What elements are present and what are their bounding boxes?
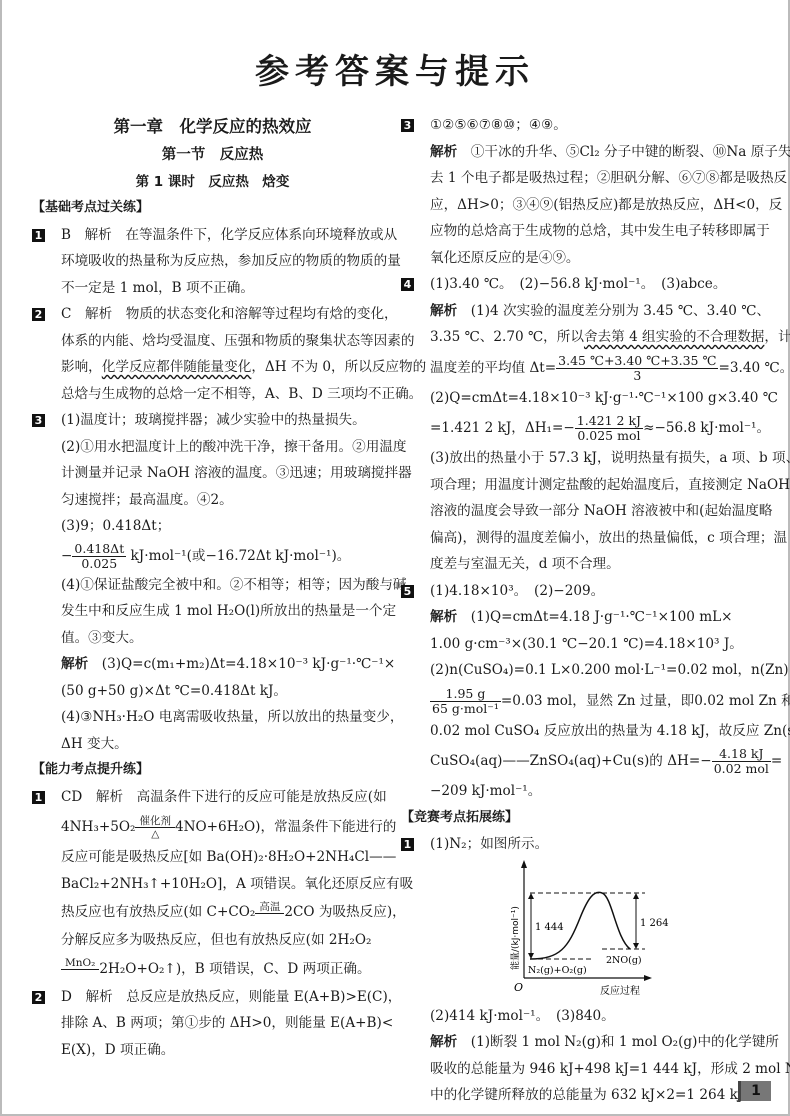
equation-line: 4NH₃+5O₂催化剂△4NO+6H₂O)，常温条件下能进行的: [61, 810, 381, 844]
text-span: (1)4 次实验的温度差分别为 3.45 ℃、3.40 ℃、: [457, 303, 770, 319]
ability-item-2: 2 D 解析 总反应是放热反应，则能量 E(A+B)>E(C)， 排除 A、B …: [44, 984, 381, 1064]
product-label: 2NO(g): [606, 955, 642, 966]
text-span: −: [61, 548, 72, 564]
arrow-up-icon: [521, 860, 527, 868]
text-line: 应，ΔH>0；③④⑨(铝热反应)都是放热反应，ΔH<0，反: [430, 192, 751, 219]
text-line: 1.00 g·cm⁻³×(30.1 ℃−20.1 ℃)=4.18×10³ J。: [430, 631, 751, 658]
text-line: (2)n(CuSO₄)=0.1 L×0.200 mol·L⁻¹=0.02 mol…: [430, 657, 751, 684]
answer-item-1: 1 B 解析 在等温条件下，化学反应体系向环境释放或从 环境吸收的热量称为反应热…: [44, 222, 381, 302]
question-number: 2: [32, 991, 45, 1004]
text-span: (1)断裂 1 mol N₂(g)和 1 mol O₂(g)中的化学键所: [457, 1034, 779, 1050]
label-1444: 1 444: [535, 922, 564, 933]
text-line: (3)9；0.418Δt；: [61, 513, 381, 540]
emphasis-wavy: 舍去第 4 组实验的不合理数据: [584, 329, 764, 345]
answer-item-3: 3 (1)温度计；玻璃搅拌器；减少实验中的热量损失。 (2)①用水把温度计上的酸…: [44, 407, 381, 757]
reactant-label: N₂(g)+O₂(g): [528, 965, 587, 976]
right-column: 3 ①②⑤⑥⑦⑧⑩；④⑨。 解析 ①干冰的升华、⑤Cl₂ 分子中键的断裂、⑩Na…: [413, 112, 751, 1109]
text-line: (2)①用水把温度计上的酸冲洗干净，擦干备用。②用温度: [61, 434, 381, 461]
condition-bottom: [61, 970, 99, 981]
question-number: 1: [32, 791, 45, 804]
text-span: 3.35 ℃、2.70 ℃，所以: [430, 329, 584, 345]
text-span: ，ΔH 不为 0，所以反应物的: [251, 359, 426, 375]
answer-line: (1)3.40 ℃。 (2)−56.8 kJ·mol⁻¹。 (3)abce。: [430, 271, 751, 298]
arrow-down-icon: [528, 953, 534, 959]
y-axis-label: 能量/(kJ·mol⁻¹): [509, 906, 521, 970]
text-line: 中的化学键所释放的总能量为 632 kJ×2=1 264 kJ。所: [430, 1082, 751, 1109]
contest-item-1: 1 (1)N₂；如图所示。: [413, 831, 751, 1109]
question-number: 1: [401, 838, 414, 851]
arrow-right-icon: [644, 975, 652, 981]
text-line: E(X)，D 项正确。: [61, 1037, 381, 1064]
reaction-condition: 催化剂△: [135, 815, 175, 840]
energy-diagram: 1 444 1 264 N₂(g)+O₂(g) 2NO(g) O 反应过程 能量…: [490, 858, 751, 1003]
question-number: 3: [32, 414, 45, 427]
section-title: 第一节 反应热: [44, 142, 381, 169]
reaction-condition: 高温: [255, 901, 284, 925]
analysis-label: 解析: [430, 609, 457, 625]
text-line: 反应可能是吸热反应[如 Ba(OH)₂·8H₂O+2NH₄Cl——: [61, 844, 381, 871]
arrow-up-icon: [633, 893, 639, 899]
equation-line: MnO₂2H₂O+O₂↑)，B 项错误，C、D 两项正确。: [61, 954, 381, 984]
text-line: (4)①保证盐酸完全被中和。②不相等；相等；因为酸与碱: [61, 572, 381, 599]
numerator: 0.418Δt: [72, 542, 126, 557]
text-line: B 解析 在等温条件下，化学反应体系向环境释放或从: [61, 222, 381, 249]
answer-item-5: 5 (1)4.18×10³。 (2)−209。 解析 (1)Q=cmΔt=4.1…: [413, 578, 751, 805]
text-span: ≈−56.8 kJ·mol⁻¹。: [643, 420, 770, 436]
text-span: 影响，: [61, 359, 102, 375]
text-line: 解析 (1)4 次实验的温度差分别为 3.45 ℃、3.40 ℃、: [430, 298, 751, 325]
text-line: 偏高)，测得的温度差偏小，放出的热量偏低，c 项合理；温: [430, 525, 751, 552]
fraction: 4.18 kJ0.02 mol: [712, 747, 771, 776]
fraction: 1.95 g65 g·mol⁻¹: [430, 687, 501, 716]
text-line: (2)Q=cmΔt=4.18×10⁻³ kJ·g⁻¹·℃⁻¹×100 g×3.4…: [430, 385, 751, 412]
equation-line: 热反应也有放热反应(如 C+CO₂高温2CO 为吸热反应)，: [61, 897, 381, 927]
denominator: 0.025 mol: [575, 429, 643, 443]
text-line: BaCl₂+2NH₃↑+10H₂O]，A 项错误。氧化还原反应有吸: [61, 871, 381, 898]
text-line: 解析 (1)断裂 1 mol N₂(g)和 1 mol O₂(g)中的化学键所: [430, 1029, 751, 1056]
question-number: 4: [401, 278, 414, 291]
answer-line: (2)414 kJ·mol⁻¹。 (3)840。: [430, 1003, 751, 1030]
text-line: 应物的总焓高于生成物的总焓，其中发生电子转移即属于: [430, 218, 751, 245]
numerator: 1.95 g: [430, 687, 501, 702]
emphasis-wavy: 化学反应都伴随能量变化: [102, 359, 252, 375]
text-span: ，计算: [764, 329, 790, 345]
numerator: 3.45 ℃+3.40 ℃+3.35 ℃: [556, 354, 718, 369]
text-line: D 解析 总反应是放热反应，则能量 E(A+B)>E(C)，: [61, 984, 381, 1011]
fraction: 1.421 2 kJ0.025 mol: [575, 414, 643, 443]
text-span: (3)Q=c(m₁+m₂)Δt=4.18×10⁻³ kJ·g⁻¹·℃⁻¹×: [88, 656, 395, 672]
x-axis-label: 反应过程: [600, 984, 640, 997]
heading-basic: 【基础考点过关练】: [32, 195, 381, 222]
text-line: 计测量并记录 NaOH 溶液的温度。③迅速；用玻璃搅拌器: [61, 460, 381, 487]
text-line: 排除 A、B 两项；第①步的 ΔH>0，则能量 E(A+B)<: [61, 1010, 381, 1037]
denominator: 65 g·mol⁻¹: [430, 702, 501, 716]
text-line: 3.35 ℃、2.70 ℃，所以舍去第 4 组实验的不合理数据，计算: [430, 324, 751, 351]
page-border: [0, 0, 2, 1116]
text-span: ①干冰的升华、⑤Cl₂ 分子中键的断裂、⑩Na 原子失: [457, 144, 790, 160]
answer-line: (1)4.18×10³。 (2)−209。: [430, 578, 751, 605]
answer-line: ①②⑤⑥⑦⑧⑩；④⑨。: [430, 112, 751, 139]
fraction-line: CuSO₄(aq)——ZnSO₄(aq)+Cu(s)的 ΔH=−4.18 kJ0…: [430, 744, 751, 778]
condition-bottom: [255, 914, 284, 925]
text-line: 解析 (3)Q=c(m₁+m₂)Δt=4.18×10⁻³ kJ·g⁻¹·℃⁻¹×: [61, 651, 381, 678]
page-number: 1: [738, 1081, 771, 1101]
text-span: =1.421 2 kJ，ΔH₁=−: [430, 420, 575, 436]
text-line: (3)放出的热量小于 57.3 kJ，说明热量有损失，a 项、b 项、e: [430, 445, 751, 472]
answer-item-4: 4 (1)3.40 ℃。 (2)−56.8 kJ·mol⁻¹。 (3)abce。…: [413, 271, 751, 578]
answer-item-3-right: 3 ①②⑤⑥⑦⑧⑩；④⑨。 解析 ①干冰的升华、⑤Cl₂ 分子中键的断裂、⑩Na…: [413, 112, 751, 271]
question-number: 3: [401, 119, 414, 132]
question-number: 1: [32, 229, 45, 242]
ability-item-1: 1 CD 解析 高温条件下进行的反应可能是放热反应(如 4NH₃+5O₂催化剂△…: [44, 784, 381, 984]
condition-top: MnO₂: [61, 957, 99, 970]
analysis-label: 解析: [430, 303, 457, 319]
denominator: 0.025: [72, 557, 126, 571]
condition-top: 高温: [255, 901, 284, 914]
page-title: 参考答案与提示: [0, 44, 790, 93]
text-line: 总焓与生成物的总焓一定不相等，A、B、D 三项均不正确。: [61, 381, 381, 408]
text-line: 匀速搅拌；最高温度。④2。: [61, 487, 381, 514]
text-span: =0.03 mol，显然 Zn 过量，即0.02 mol Zn 和: [501, 693, 790, 709]
analysis-label: 解析: [61, 656, 88, 672]
heading-ability: 【能力考点提升练】: [32, 757, 381, 784]
text-line: 吸收的总能量为 946 kJ+498 kJ=1 444 kJ，形成 2 mol …: [430, 1056, 751, 1083]
origin-label: O: [514, 981, 523, 994]
answer-line: (1)N₂；如图所示。: [430, 831, 751, 858]
text-line: 解析 ①干冰的升华、⑤Cl₂ 分子中键的断裂、⑩Na 原子失: [430, 139, 751, 166]
text-line: 去 1 个电子都是吸热过程；②胆矾分解、⑥⑦⑧都是吸热反: [430, 165, 751, 192]
question-number: 2: [32, 308, 45, 321]
energy-diagram-svg: 1 444 1 264 N₂(g)+O₂(g) 2NO(g) O 反应过程 能量…: [490, 858, 690, 998]
text-line: 溶液的温度会导致一部分 NaOH 溶液被中和(起始温度略: [430, 498, 751, 525]
question-number: 5: [401, 585, 414, 598]
lesson-title: 第 1 课时 反应热 焓变: [44, 169, 381, 195]
text-line: 项合理；用温度计测定盐酸的起始温度后，直接测定 NaOH: [430, 472, 751, 499]
text-line: CD 解析 高温条件下进行的反应可能是放热反应(如: [61, 784, 381, 811]
text-span: 2H₂O+O₂↑)，B 项错误，C、D 两项正确。: [99, 961, 370, 977]
text-line: 不一定是 1 mol，B 项不正确。: [61, 275, 381, 302]
text-line: 氧化还原反应的是④⑨。: [430, 245, 751, 272]
text-line: 分解反应多为吸热反应，但也有放热反应(如 2H₂O₂: [61, 927, 381, 954]
left-column: 第一章 化学反应的热效应 第一节 反应热 第 1 课时 反应热 焓变 【基础考点…: [44, 112, 381, 1063]
chapter-title: 第一章 化学反应的热效应: [44, 112, 381, 142]
arrow-up-icon: [528, 893, 534, 899]
condition-top: 催化剂: [135, 815, 175, 828]
text-span: (1)Q=cmΔt=4.18 J·g⁻¹·℃⁻¹×100 mL×: [457, 609, 732, 625]
text-span: kJ·mol⁻¹(或−16.72Δt kJ·mol⁻¹)。: [126, 548, 350, 564]
fraction-line: 温度差的平均值 Δt=3.45 ℃+3.40 ℃+3.35 ℃3=3.40 ℃。: [430, 351, 751, 385]
text-line: ΔH 变大。: [61, 731, 381, 758]
text-span: 4NH₃+5O₂: [61, 819, 135, 835]
fraction: 3.45 ℃+3.40 ℃+3.35 ℃3: [556, 354, 718, 383]
text-line: 值。③变大。: [61, 625, 381, 652]
text-line: C 解析 物质的状态变化和溶解等过程均有焓的变化，: [61, 301, 381, 328]
text-span: 热反应也有放热反应(如 C+CO₂: [61, 904, 255, 920]
heading-contest: 【竞赛考点拓展练】: [401, 805, 751, 832]
fraction-line: −0.418Δt0.025 kJ·mol⁻¹(或−16.72Δt kJ·mol⁻…: [61, 540, 381, 572]
numerator: 4.18 kJ: [712, 747, 771, 762]
fraction-line: =1.421 2 kJ，ΔH₁=−1.421 2 kJ0.025 mol≈−56…: [430, 411, 751, 445]
analysis-label: 解析: [430, 144, 457, 160]
text-span: =: [771, 753, 782, 769]
label-1264: 1 264: [640, 918, 669, 929]
text-line: (1)温度计；玻璃搅拌器；减少实验中的热量损失。: [61, 407, 381, 434]
text-line: (4)③NH₃·H₂O 电离需吸收热量，所以放出的热量变少，: [61, 704, 381, 731]
arrow-down-icon: [633, 943, 639, 949]
numerator: 1.421 2 kJ: [575, 414, 643, 429]
answer-item-2: 2 C 解析 物质的状态变化和溶解等过程均有焓的变化， 体系的内能、焓均受温度、…: [44, 301, 381, 407]
denominator: 0.02 mol: [712, 762, 771, 776]
text-line: 影响，化学反应都伴随能量变化，ΔH 不为 0，所以反应物的: [61, 354, 381, 381]
analysis-label: 解析: [430, 1034, 457, 1050]
text-line: 发生中和反应生成 1 mol H₂O(l)所放出的热量是一个定: [61, 598, 381, 625]
text-line: 解析 (1)Q=cmΔt=4.18 J·g⁻¹·℃⁻¹×100 mL×: [430, 604, 751, 631]
reaction-condition: MnO₂: [61, 957, 99, 981]
text-span: =3.40 ℃。: [718, 360, 790, 376]
text-line: 环境吸收的热量称为反应热，参加反应的物质的物质的量: [61, 248, 381, 275]
text-line: 0.02 mol CuSO₄ 反应放出的热量为 4.18 kJ，故反应 Zn(s…: [430, 718, 751, 745]
fraction-line: 1.95 g65 g·mol⁻¹=0.03 mol，显然 Zn 过量，即0.02…: [430, 684, 751, 718]
text-line: (50 g+50 g)×Δt ℃=0.418Δt kJ。: [61, 678, 381, 705]
text-span: CuSO₄(aq)——ZnSO₄(aq)+Cu(s)的 ΔH=−: [430, 753, 712, 769]
text-line: 度差与室温无关，d 项不合理。: [430, 551, 751, 578]
text-span: 4NO+6H₂O)，常温条件下能进行的: [175, 819, 396, 835]
fraction: 0.418Δt0.025: [72, 542, 126, 571]
text-line: −209 kJ·mol⁻¹。: [430, 778, 751, 805]
text-span: 温度差的平均值 Δt=: [430, 360, 556, 376]
condition-bottom: △: [135, 828, 175, 840]
text-line: 体系的内能、焓均受温度、压强和物质的聚集状态等因素的: [61, 328, 381, 355]
text-span: 2CO 为吸热反应)，: [284, 904, 405, 920]
denominator: 3: [556, 369, 718, 383]
